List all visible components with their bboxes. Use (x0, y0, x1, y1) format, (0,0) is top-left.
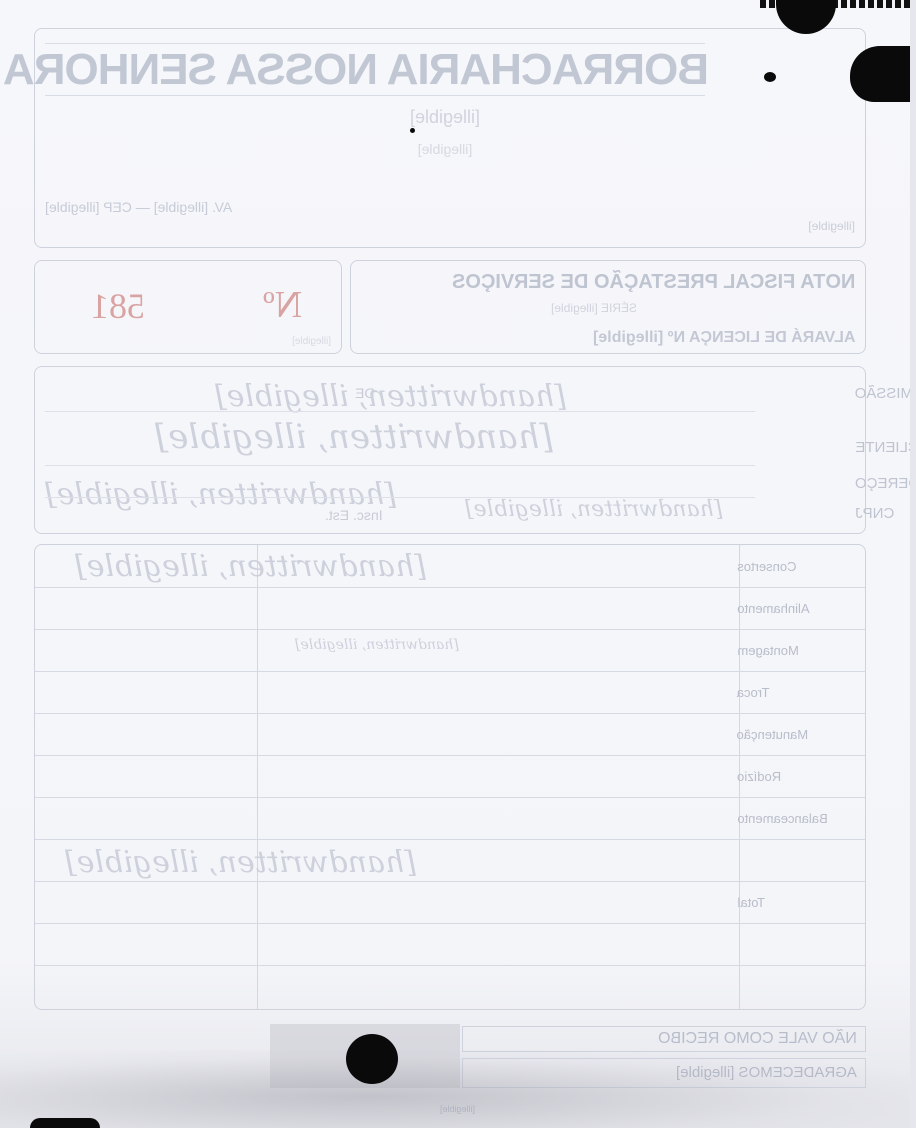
row-divider (35, 923, 865, 924)
row-divider (35, 587, 865, 588)
issuer-header: BORRACHARIA NOSSA SENHORA APARECIDA [ill… (34, 28, 866, 248)
row-divider (35, 629, 865, 630)
number-box-footer: [illegible] (45, 336, 331, 347)
handwritten-cnpj: [handwritten, illegible] (465, 497, 722, 522)
row-divider (35, 671, 865, 672)
row-divider (35, 965, 865, 966)
rule (45, 465, 755, 466)
row-divider (35, 881, 865, 882)
ink-speck (764, 72, 776, 82)
service-label-total: Total (737, 895, 764, 910)
label-client: CLIENTE (855, 439, 916, 456)
handwritten-value: [handwritten, illegible] (75, 549, 426, 584)
label-cnpj: CNPJ (855, 505, 894, 522)
handwritten-value: [handwritten, illegible] (295, 637, 459, 653)
label-issue-date: DATA DA EMISSÃO (855, 385, 916, 402)
header-rule-top (45, 43, 705, 44)
rule (45, 411, 755, 412)
service-label: Alinhamento (737, 601, 809, 616)
document-series: SÉRIE [illegible] (551, 301, 637, 315)
issuer-address: AV. [illegible] — CEP [illegible] (45, 199, 855, 215)
number-label: Nº (263, 283, 302, 327)
invoice-number: 581 (91, 285, 145, 327)
document-title-box: NOTA FISCAL PRESTAÇÃO DE SERVIÇOS SÉRIE … (350, 260, 866, 354)
row-divider (35, 713, 865, 714)
license-number: ALVARÁ DE LICENÇA Nº [illegible] (593, 329, 855, 347)
row-divider (35, 839, 865, 840)
client-section: DATA DA EMISSÃO DE [handwritten, illegib… (34, 366, 866, 534)
handwritten-issue-date: [handwritten, illegible] (215, 379, 566, 414)
notice-text: NÃO VALE COMO RECIBO (658, 1030, 857, 1048)
ink-blob (30, 1118, 100, 1128)
row-divider (35, 755, 865, 756)
issuer-name: BORRACHARIA NOSSA SENHORA APARECIDA (49, 45, 709, 95)
issuer-address-line2: [illegible] (45, 219, 855, 233)
label-address: ENDEREÇO (855, 475, 916, 492)
scan-smudge (0, 1050, 916, 1128)
row-divider (35, 797, 865, 798)
issuer-subtitle-line2: [illegible] (265, 141, 625, 157)
service-label: Balanceamento (737, 811, 827, 826)
service-label: Manutenção (737, 727, 809, 742)
service-label: Rodízio (737, 769, 781, 784)
handwritten-client: [handwritten, illegible] (155, 417, 553, 457)
issuer-subtitle: [illegible] (195, 107, 695, 128)
page-edge (910, 0, 916, 1128)
print-note: [illegible] (440, 1104, 475, 1114)
service-label: Consertos (737, 559, 796, 574)
column-divider (257, 545, 258, 1009)
handwritten-value: [handwritten, illegible] (65, 845, 416, 880)
service-label: Montagem (737, 643, 798, 658)
not-a-receipt-notice: NÃO VALE COMO RECIBO (462, 1026, 866, 1052)
document-title: NOTA FISCAL PRESTAÇÃO DE SERVIÇOS (452, 271, 855, 294)
header-rule-bottom (45, 95, 705, 96)
ink-speck (410, 128, 415, 133)
ink-blob (850, 46, 916, 102)
label-state-registration: Insc. Est. (325, 507, 383, 523)
invoice-number-box: 581 Nº [illegible] (34, 260, 342, 354)
service-label: Troca (737, 685, 770, 700)
punch-hole (346, 1034, 398, 1084)
services-table: Consertos Alinhamento Montagem Troca Man… (34, 544, 866, 1010)
